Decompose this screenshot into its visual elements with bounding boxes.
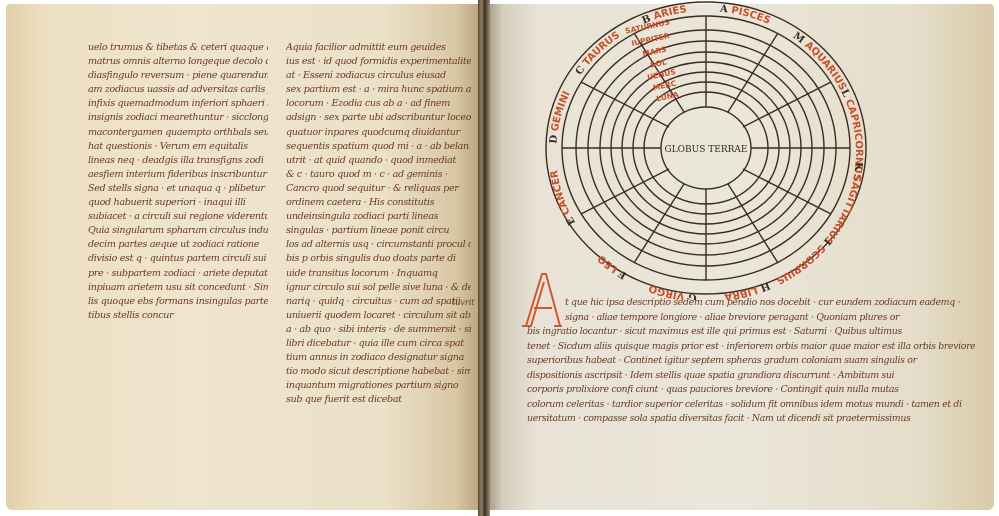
text-line: pre · subpartem zodiaci · ariete deputat… [88,267,268,281]
text-line: aesfiem interium fideribus inscribuntur … [88,168,268,182]
zodiac-label: E CANCER [549,169,578,227]
text-line: sequentis spatium quod mi · a · ab belan [286,140,471,154]
right-text-block: t que hic ipsa descriptio sedem cum pend… [565,296,975,427]
zodiac-label: C TAURUS [574,30,622,77]
text-line: ius est · id quod formidis experimentali… [286,55,471,69]
text-line: Aquia facilior admittit eum geuides [286,41,471,55]
text-line: dispositionis ascripsit · Idem stellis q… [527,369,975,384]
margin-note: tuvrit [452,298,474,307]
text-line: uelo trumus & tibetas & ceteri quaque qu… [88,41,268,55]
text-line: ignur circulo sui sol pelle sive luna · … [286,281,471,295]
text-line: superioribus habeat · Continet igitur se… [527,354,975,369]
text-line: lineas neq · deadgis illa transfigns zod… [88,154,268,168]
text-line: Cancro quod sequitur · & reliquas per [286,182,471,196]
text-line: inquantum migrationes partium signo [286,379,471,393]
left-text-column-a: uelo trumus & tibetas & ceteri quaque qu… [88,41,268,323]
zodiac-label: D GEMINI [548,90,572,145]
text-line: am zodiacus uassis ad adversitas carlis … [88,83,268,97]
text-line: corporis prolixiore confi ciunt · quas p… [527,383,975,398]
text-line: & c · tauro quod m · c · ad geminis · [286,168,471,182]
text-line: nariq · quidq · circuitus · cum ad spati… [286,295,471,309]
text-line: inpiuam arietem usu sit concedunt · Simi [88,281,268,295]
text-line: Sed stells signa · et unaqua q · plibetu… [88,182,268,196]
text-line: macontergamen quaempto orthbals seu [88,126,268,140]
text-line: hat questionis · Verum em equitalis [88,140,268,154]
text-line: libri dicebatur · quia ille cum circa sp… [286,337,471,351]
text-line: decim partes aeque ut zodiaci ratione [88,238,268,252]
text-line: tibus stellis concur [88,309,268,323]
earth-globe-label: GLOBUS TERRAE [665,145,748,155]
text-line: sub que fuerit est dicebat [286,393,471,407]
concentric-spheres-figure: SATURNUS IUPPITER MARS SOL UENUS MERC LU… [543,0,869,300]
text-line: bis ingratio locantur · sicut maximus es… [527,325,975,340]
zodiac-label: K SAGITTARIUS [821,162,863,246]
text-line: utrit · at quid quando · quod inmediat [286,154,471,168]
text-line: insignis zodiaci mearethuntur · sicclong… [88,111,268,125]
text-line: colorum celeritas · tardior superior cel… [527,398,975,413]
left-text-column-b: Aquia facilior admittit eum geuides ius … [286,41,471,407]
text-line: t que hic ipsa descriptio sedem cum pend… [565,296,975,311]
text-line: quatuor inpares quodcumq diuidantur [286,126,471,140]
text-line: uniuerii quodem locaret · circulum sit a… [286,309,471,323]
text-line: a · ab quo · sibi interis · de summersit… [286,323,471,337]
text-line: uide transitus locorum · Inquamq [286,267,471,281]
text-line: tenet · Sicdum aliis quisque magis prior… [527,340,975,355]
text-line: singulas · partium lineae ponit circu [286,224,471,238]
text-line: quod habuerit superiori · inaqui illi [88,196,268,210]
text-line: tium annus in zodiaco designatur signa [286,351,471,365]
text-line: at · Esseni zodiacus circulus eiusad [286,69,471,83]
decorated-initial-a [522,270,562,330]
book-gutter [478,0,490,516]
text-line: undeinsingula zodiaci parti lineas [286,210,471,224]
text-line: matrus omnis alterno longeque decolo omi [88,55,268,69]
text-line: divisio est q · quintus partem circuli s… [88,252,268,266]
text-line: sex partium est · a · mira hunc spatium … [286,83,471,97]
text-line: tio modo sicut descriptione habebat · si… [286,365,471,379]
text-line: ordinem caetera · His constitutis [286,196,471,210]
text-line: lis quoque ebs formans insingulas partes… [88,295,268,309]
manuscript-spread: uelo trumus & tibetas & ceteri quaque qu… [0,0,999,516]
text-line: adsign · sex parte ubi adscribuntur loce… [286,111,471,125]
text-line: locorum · Ezodia cus ab a · ad finem [286,97,471,111]
planet-label: MARS [642,45,668,59]
text-line: Quia singularum spharum circulus indue [88,224,268,238]
text-line: infixis quemadmodum inferiori sphaeri st… [88,97,268,111]
text-line: subiacet · a circuli sui regione videren… [88,210,268,224]
planet-label: SOL [649,57,667,69]
planet-label: LUNA [655,90,679,104]
text-line: diasfingulo reversum · piene quarendum [88,69,268,83]
text-line: los ad alternis usq · circumstanti procu… [286,238,471,252]
text-line: bis p orbis singulis duo doats parte di [286,252,471,266]
text-line: uersitatum · compasse sola spatia divers… [527,412,975,427]
text-line: signa · aliae tempore longiore · aliae b… [565,311,975,326]
planetary-spheres-diagram: SATURNUS IUPPITER MARS SOL UENUS MERC LU… [543,0,869,300]
